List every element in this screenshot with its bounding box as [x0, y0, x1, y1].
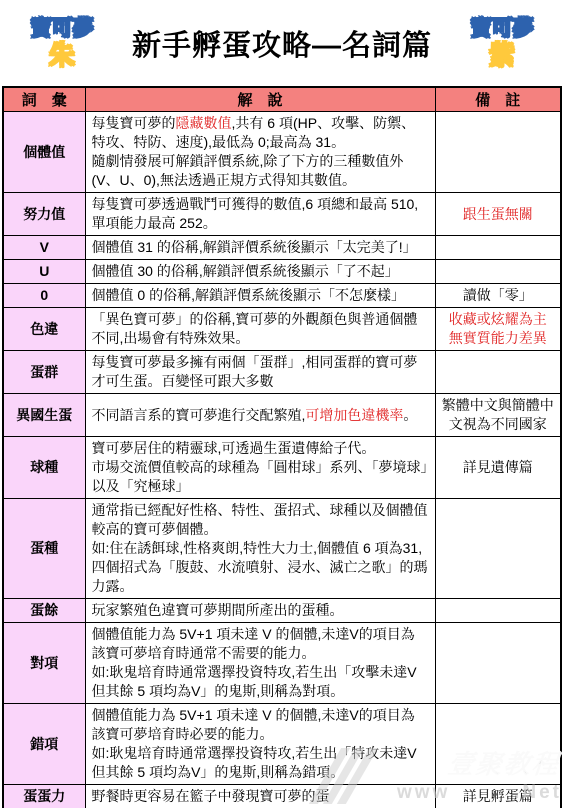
page-header: 寶可夢 朱 新手孵蛋攻略—名詞篇 寶可夢 紫 — [0, 0, 564, 86]
explanation-cell: 個體值 31 的俗稱,解鎖評價系統後顯示「太完美了!」 — [85, 236, 435, 260]
text: 。 — [403, 407, 417, 423]
text: 隨劇情發展可解鎖評價系統,除了下方的三種數值外(V、U、0),無法透過正規方式得… — [92, 153, 404, 188]
table-row: 個體值每隻寶可夢的隱藏數值,共有 6 項(HP、攻擊、防禦、特攻、特防、速度),… — [3, 112, 561, 193]
text: 如:住在誘餌球,性格爽朗,特性大力士,個體值 6 項為31,四個招式為「腹鼓、水… — [92, 540, 428, 594]
term-cell: 蛋群 — [3, 351, 85, 394]
table-body: 個體值每隻寶可夢的隱藏數值,共有 6 項(HP、攻擊、防禦、特攻、特防、速度),… — [3, 112, 561, 808]
column-header-term: 詞 彙 — [3, 87, 85, 112]
term-cell: 蛋餘 — [3, 599, 85, 623]
explanation-cell: 個體值能力為 5V+1 項未達 V 的個體,未達V的項目為該寶可夢培育時通常不需… — [85, 623, 435, 704]
text: 不同語言系的寶可夢進行交配繁殖, — [92, 407, 306, 423]
text: 個體值能力為 5V+1 項未達 V 的個體,未達V的項目為該寶可夢培育時必要的能… — [92, 707, 415, 742]
table-row: 球種寶可夢居住的精靈球,可透過生蛋遺傳給子代。市場交流價值較高的球種為「圓柑球」… — [3, 437, 561, 499]
note-cell — [435, 499, 561, 599]
pokemon-scarlet-logo: 寶可夢 朱 — [12, 18, 112, 68]
term-cell: 個體值 — [3, 112, 85, 193]
table-row: 蛋種通常指已經配好性格、特性、蛋招式、球種以及個體值較高的寶可夢個體。如:住在誘… — [3, 499, 561, 599]
explanation-cell: 個體值 30 的俗稱,解鎖評價系統後顯示「了不起」 — [85, 260, 435, 284]
explanation-cell: 每隻寶可夢透過戰鬥可獲得的數值,6 項總和最高 510,單項能力最高 252。 — [85, 193, 435, 236]
text: 繁體中文與簡體中文視為不同國家 — [442, 397, 554, 432]
table-row: 異國生蛋不同語言系的寶可夢進行交配繁殖,可增加色違機率。繁體中文與簡體中文視為不… — [3, 394, 561, 437]
highlight-text: 收藏或炫耀為主 — [449, 311, 547, 327]
table-row: 錯項個體值能力為 5V+1 項未達 V 的個體,未達V的項目為該寶可夢培育時必要… — [3, 704, 561, 785]
table-row: 蛋餘玩家繁殖色違寶可夢期間所產出的蛋種。 — [3, 599, 561, 623]
note-cell: 繁體中文與簡體中文視為不同國家 — [435, 394, 561, 437]
note-cell — [435, 599, 561, 623]
term-cell: V — [3, 236, 85, 260]
text: 詳見孵蛋篇 — [463, 788, 533, 804]
scarlet-logo-text: 朱 — [12, 42, 112, 68]
text: 每隻寶可夢透過戰鬥可獲得的數值,6 項總和最高 510,單項能力最高 252。 — [92, 196, 419, 231]
explanation-cell: 不同語言系的寶可夢進行交配繁殖,可增加色違機率。 — [85, 394, 435, 437]
text: 個體值 31 的俗稱,解鎖評價系統後顯示「太完美了!」 — [92, 239, 417, 255]
highlight-text: 跟生蛋無關 — [463, 206, 533, 222]
text: 每隻寶可夢最多擁有兩個「蛋群」,相同蛋群的寶可夢才可生蛋。百變怪可跟大多數 — [92, 354, 418, 389]
glossary-table: 詞 彙 解 說 備 註 個體值每隻寶可夢的隱藏數值,共有 6 項(HP、攻擊、防… — [2, 86, 562, 808]
column-header-note: 備 註 — [435, 87, 561, 112]
explanation-cell: 每隻寶可夢最多擁有兩個「蛋群」,相同蛋群的寶可夢才可生蛋。百變怪可跟大多數 — [85, 351, 435, 394]
text: 個體值 30 的俗稱,解鎖評價系統後顯示「了不起」 — [92, 263, 399, 279]
table-row: U個體值 30 的俗稱,解鎖評價系統後顯示「了不起」 — [3, 260, 561, 284]
text: 每隻寶可夢的 — [92, 115, 176, 131]
term-cell: 蛋種 — [3, 499, 85, 599]
table-row: 蛋群每隻寶可夢最多擁有兩個「蛋群」,相同蛋群的寶可夢才可生蛋。百變怪可跟大多數 — [3, 351, 561, 394]
note-cell — [435, 704, 561, 785]
note-cell — [435, 260, 561, 284]
text: 個體值能力為 5V+1 項未達 V 的個體,未達V的項目為該寶可夢培育時通常不需… — [92, 626, 415, 661]
violet-logo-text: 紫 — [452, 42, 552, 68]
note-cell: 詳見孵蛋篇 — [435, 785, 561, 808]
text: 市場交流價值較高的球種為「圓柑球」系列、「夢境球」以及「究極球」 — [92, 459, 428, 494]
table-row: 對項個體值能力為 5V+1 項未達 V 的個體,未達V的項目為該寶可夢培育時通常… — [3, 623, 561, 704]
explanation-cell: 個體值能力為 5V+1 項未達 V 的個體,未達V的項目為該寶可夢培育時必要的能… — [85, 704, 435, 785]
note-cell — [435, 236, 561, 260]
explanation-cell: 個體值 0 的俗稱,解鎖評價系統後顯示「不怎麼樣」 — [85, 284, 435, 308]
text: 個體值 0 的俗稱,解鎖評價系統後顯示「不怎麼樣」 — [92, 287, 405, 303]
text: 玩家繁殖色違寶可夢期間所產出的蛋種。 — [92, 602, 344, 618]
note-cell — [435, 623, 561, 704]
term-cell: 色違 — [3, 308, 85, 351]
term-cell: 錯項 — [3, 704, 85, 785]
term-cell: 異國生蛋 — [3, 394, 85, 437]
explanation-cell: 每隻寶可夢的隱藏數值,共有 6 項(HP、攻擊、防禦、特攻、特防、速度),最低為… — [85, 112, 435, 193]
text: 詳見遺傳篇 — [463, 459, 533, 475]
text: 通常指已經配好性格、特性、蛋招式、球種以及個體值較高的寶可夢個體。 — [92, 502, 428, 537]
text: 野餐時更容易在籃子中發現寶可夢的蛋 — [92, 788, 330, 804]
explanation-cell: 玩家繁殖色違寶可夢期間所產出的蛋種。 — [85, 599, 435, 623]
term-cell: 0 — [3, 284, 85, 308]
term-cell: 對項 — [3, 623, 85, 704]
explanation-cell: 寶可夢居住的精靈球,可透過生蛋遺傳給子代。市場交流價值較高的球種為「圓柑球」系列… — [85, 437, 435, 499]
text: 寶可夢居住的精靈球,可透過生蛋遺傳給子代。 — [92, 440, 376, 456]
term-cell: 努力值 — [3, 193, 85, 236]
text: 讀做「零」 — [463, 287, 533, 303]
note-cell — [435, 351, 561, 394]
highlight-text: 可增加色違機率 — [305, 407, 403, 423]
note-cell — [435, 112, 561, 193]
explanation-cell: 通常指已經配好性格、特性、蛋招式、球種以及個體值較高的寶可夢個體。如:住在誘餌球… — [85, 499, 435, 599]
table-row: 蛋蛋力野餐時更容易在籃子中發現寶可夢的蛋詳見孵蛋篇 — [3, 785, 561, 808]
table-row: 努力值每隻寶可夢透過戰鬥可獲得的數值,6 項總和最高 510,單項能力最高 25… — [3, 193, 561, 236]
term-cell: 蛋蛋力 — [3, 785, 85, 808]
table-row: V個體值 31 的俗稱,解鎖評價系統後顯示「太完美了!」 — [3, 236, 561, 260]
highlight-text: 無實質能力差異 — [449, 330, 547, 346]
pokemon-logo-text: 寶可夢 — [12, 18, 112, 39]
explanation-cell: 野餐時更容易在籃子中發現寶可夢的蛋 — [85, 785, 435, 808]
text: 「異色寶可夢」的俗稱,寶可夢的外觀顏色與普通個體不同,出場會有特殊效果。 — [92, 311, 418, 346]
table-row: 色違「異色寶可夢」的俗稱,寶可夢的外觀顏色與普通個體不同,出場會有特殊效果。收藏… — [3, 308, 561, 351]
highlight-text: 隱藏數值 — [176, 115, 232, 131]
text: 如:耿鬼培育時通常選擇投資特攻,若生出「攻擊未達V但其餘 5 項均為V」的鬼斯,… — [92, 664, 417, 699]
note-cell: 跟生蛋無關 — [435, 193, 561, 236]
explanation-cell: 「異色寶可夢」的俗稱,寶可夢的外觀顏色與普通個體不同,出場會有特殊效果。 — [85, 308, 435, 351]
note-cell: 讀做「零」 — [435, 284, 561, 308]
page-title: 新手孵蛋攻略—名詞篇 — [112, 23, 452, 64]
note-cell: 詳見遺傳篇 — [435, 437, 561, 499]
term-cell: 球種 — [3, 437, 85, 499]
term-cell: U — [3, 260, 85, 284]
text: 如:耿鬼培育時通常選擇投資特攻,若生出「特攻未達V但其餘 5 項均為V」的鬼斯,… — [92, 745, 417, 780]
pokemon-logo-text: 寶可夢 — [452, 18, 552, 39]
pokemon-violet-logo: 寶可夢 紫 — [452, 18, 552, 68]
table-row: 0個體值 0 的俗稱,解鎖評價系統後顯示「不怎麼樣」讀做「零」 — [3, 284, 561, 308]
table-header-row: 詞 彙 解 說 備 註 — [3, 87, 561, 112]
note-cell: 收藏或炫耀為主無實質能力差異 — [435, 308, 561, 351]
column-header-explanation: 解 說 — [85, 87, 435, 112]
